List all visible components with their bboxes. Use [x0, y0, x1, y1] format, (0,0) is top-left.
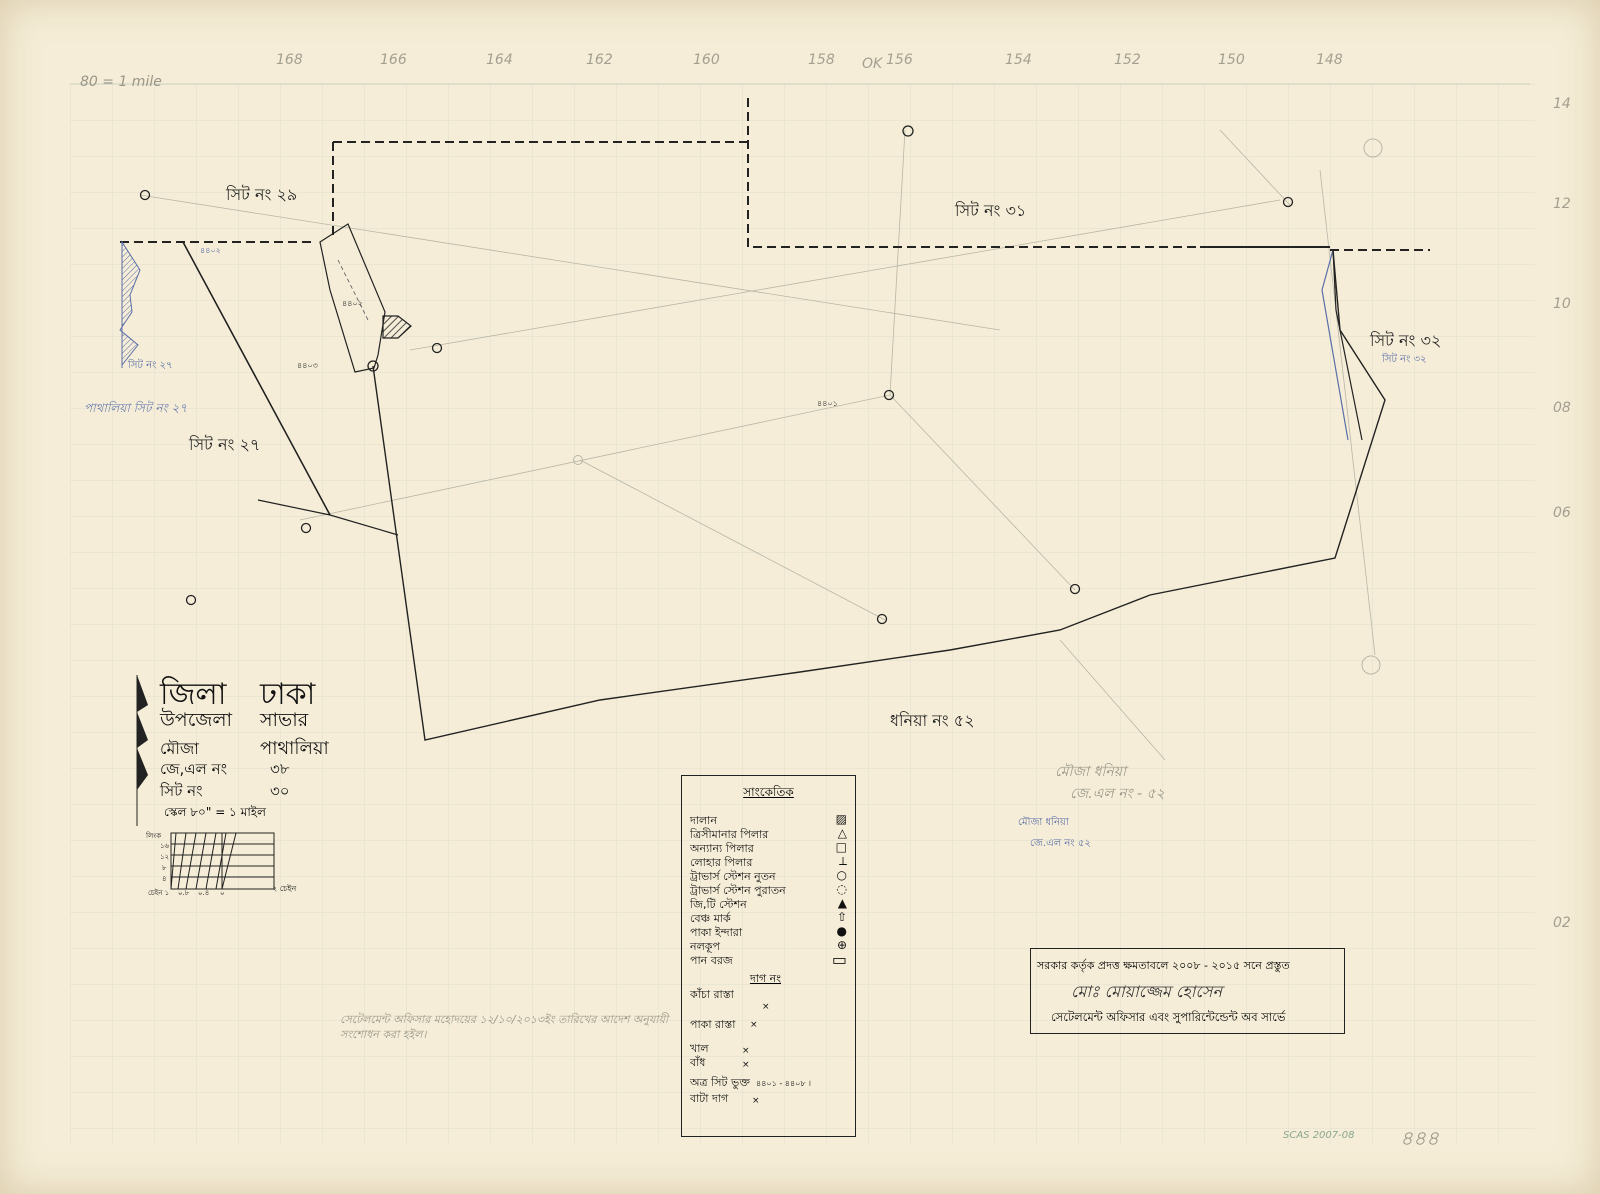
iron-pillar-icon: ⟂	[839, 854, 847, 869]
south-note-blue-1: মৌজা ধনিয়া	[1018, 815, 1069, 832]
legend-item: পাকা ইন্দারা	[690, 926, 742, 940]
dag-item-value: ×	[742, 1044, 750, 1058]
side-ruler-tick: 10	[1553, 296, 1571, 312]
scale-x-tick: ০.৪	[198, 887, 209, 899]
plot-number: ৪৪০২	[200, 245, 221, 258]
ruler-tick: 166	[380, 52, 407, 68]
ruler-tick: 152	[1114, 52, 1141, 68]
label-sheet-27-blue: সিট নং ২৭	[128, 358, 173, 375]
title-block: জিলা ঢাকা উপজেলা সাভার মৌজা পাথালিয়া জে…	[160, 670, 329, 824]
ruler-tick: 150	[1218, 52, 1245, 68]
ruler-tick: 162	[586, 52, 613, 68]
certificate-line-1: সরকার কর্তৃক প্রদত্ত ক্ষমতাবলে ২০০৮ - ২০…	[1037, 957, 1290, 976]
dag-item-value: ×	[742, 1058, 750, 1072]
signature: মোঃ মোয়াজ্জেম হোসেন	[1071, 979, 1222, 1006]
ruler-tick: 156	[886, 52, 913, 68]
ruler-ok-mark: OK	[862, 56, 882, 72]
ruler-tick: 154	[1005, 52, 1032, 68]
certificate-box: সরকার কর্তৃক প্রদত্ত ক্ষমতাবলে ২০০৮ - ২০…	[1030, 948, 1345, 1034]
plot-number: ৪৪০১	[817, 398, 838, 411]
legend-item: জি,টি স্টেশন	[690, 898, 747, 912]
scale-text: স্কেল ৮০" = ১ মাইল	[164, 804, 329, 824]
legend-item: ত্রিসীমানার পিলার	[690, 828, 768, 842]
legend-item: পান বরজ	[690, 954, 733, 968]
dag-item-value: ৪৪০১ - ৪৪০৮ ।	[756, 1077, 811, 1091]
label-sheet-27: সিট নং ২৭	[189, 432, 260, 459]
scale-x-end: ২ চেইন	[272, 883, 296, 896]
legend-item: দালান	[690, 814, 717, 828]
ruler-tick: 148	[1316, 52, 1343, 68]
legend-item: লোহার পিলার	[690, 856, 752, 870]
west-note: পাথালিয়া সিট নং ২৭	[84, 400, 187, 420]
legend-item: ট্রাভার্স স্টেশন নুতন	[690, 870, 776, 884]
legend-item: নলকূপ	[690, 940, 720, 954]
pucca-well-icon: ●	[837, 924, 847, 938]
dag-item-value: ×	[752, 1094, 760, 1108]
sheet-no-value: ৩০	[270, 780, 290, 805]
label-sheet-31: সিট নং ৩১	[955, 198, 1026, 225]
dag-item-label: অত্র সিট ভুক্ত	[690, 1076, 750, 1090]
side-ruler-tick: 08	[1553, 400, 1571, 416]
side-ruler-tick: 12	[1553, 196, 1571, 212]
bench-mark-icon: ⇧	[837, 910, 847, 924]
ruler-tick: 164	[486, 52, 513, 68]
dag-item-label: বাটা দাগ	[690, 1092, 728, 1106]
label-sheet-29: সিট নং ২৯	[226, 182, 297, 209]
traverse-new-icon: ○	[837, 868, 847, 882]
dag-header: দাগ নং	[750, 970, 781, 989]
dag-item-value: ×	[750, 1018, 758, 1032]
ruler-tick: 160	[693, 52, 720, 68]
label-sheet-32: সিট নং ৩২	[1370, 328, 1441, 355]
south-note-blue-2: জে.এল নং ৫২	[1030, 836, 1091, 853]
plot-number: ৪৪০২	[342, 298, 363, 311]
label-sheet-32-blue: সিট নং ৩২	[1382, 352, 1427, 369]
side-ruler-tick: 06	[1553, 505, 1571, 521]
legend-item: ট্রাভার্স স্টেশন পুরাতন	[690, 884, 786, 898]
scale-y-tick: ৪	[162, 873, 167, 885]
upazila-label: উপজেলা	[160, 706, 260, 738]
legend-item: বেঞ্চ মার্ক	[690, 912, 731, 926]
certificate-line-3: সেটেলমেন্ট অফিসার এবং সুপারিন্টেন্ডেন্ট …	[1051, 1009, 1285, 1028]
gt-station-icon: ▲	[838, 896, 847, 910]
correction-note: সেটেলমেন্ট অফিসার মহোদয়ের ১২/১০/২০১৩ইং …	[340, 1012, 680, 1042]
map-sheet: 168 166 164 162 160 158 156 154 152 150 …	[0, 0, 1600, 1194]
dag-item-label: বাঁধ	[690, 1056, 705, 1070]
building-icon: ▨	[836, 812, 847, 826]
tri-junction-pillar-icon: △	[838, 826, 847, 840]
traverse-old-icon: ◌	[837, 882, 847, 896]
side-ruler-tick: 14	[1553, 96, 1571, 112]
top-left-note: 80 = 1 mile	[80, 74, 162, 90]
plot-number: ৪৪০৩	[297, 360, 318, 373]
betel-garden-icon: ▭	[832, 950, 847, 969]
scale-x-tick: ০.৮	[178, 887, 189, 899]
ruler-tick: 168	[276, 52, 303, 68]
legend-item: অন্যান্য পিলার	[690, 842, 754, 856]
other-pillar-icon: □	[836, 840, 847, 854]
south-note-2: জে.এল নং - ৫২	[1070, 782, 1165, 806]
scale-x-tick: ০	[220, 887, 225, 899]
label-mouza-dhania-52: ধনিয়া নং ৫২	[890, 708, 975, 735]
legend-title: সাংকেতিক	[682, 784, 855, 804]
dag-item-label: কাঁচা রাস্তা	[690, 988, 734, 1002]
south-note-1: মৌজা ধনিয়া	[1055, 760, 1126, 784]
catalog-circles: ৪৪৪	[1400, 1124, 1439, 1157]
scale-x-start: চেইন ১	[148, 887, 169, 899]
dag-item-label: পাকা রাস্তা	[690, 1018, 735, 1032]
dag-item-value: ×	[762, 1000, 770, 1014]
ruler-tick: 158	[808, 52, 835, 68]
sheet-no-label: সিট নং	[160, 780, 260, 805]
catalog-code: SCAS 2007-08	[1283, 1130, 1354, 1141]
legend-box: সাংকেতিক দালান ▨ ত্রিসীমানার পিলার △ অন্…	[681, 775, 856, 1137]
dag-item-label: খাল	[690, 1042, 709, 1056]
side-ruler-tick: 02	[1553, 915, 1571, 931]
scale-y-title: লিংক	[146, 830, 161, 842]
